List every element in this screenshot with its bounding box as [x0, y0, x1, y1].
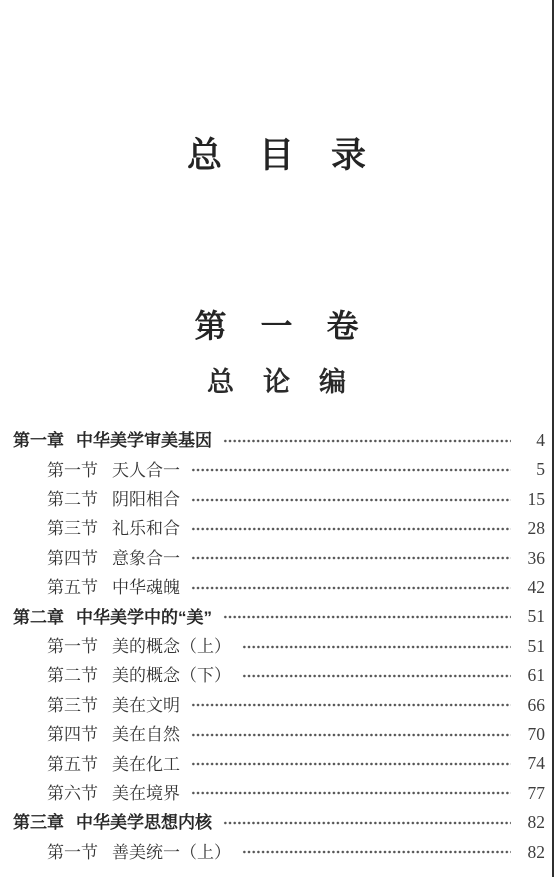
toc-entry-label: 第五节	[47, 756, 98, 773]
toc-entry-label: 第三节	[47, 697, 98, 714]
toc-entry-section[interactable]: 第二节美的概念（下）61	[0, 661, 554, 690]
dot-leader	[191, 544, 511, 573]
toc-entry-section[interactable]: 第五节中华魂魄42	[0, 573, 554, 602]
toc-entry-page: 66	[519, 697, 545, 715]
toc-entry-label: 第六节	[47, 785, 98, 802]
toc-entry-page: 4	[519, 432, 545, 450]
toc-entry-title: 中华美学审美基因	[76, 432, 212, 449]
dot-leader	[223, 602, 511, 631]
page-title: 总 目 录	[0, 136, 554, 176]
dot-leader	[191, 779, 511, 808]
toc-entry-page: 36	[519, 550, 545, 568]
toc-entry-title: 善美统一（上）	[112, 844, 231, 861]
dot-leader	[191, 455, 511, 484]
toc-entry-page: 51	[519, 608, 545, 626]
dot-leader	[191, 514, 511, 543]
dot-leader	[191, 749, 511, 778]
toc-entry-chapter[interactable]: 第一章中华美学审美基因4	[0, 426, 554, 455]
toc-entry-label: 第五节	[47, 579, 98, 596]
toc-entry-label: 第一章	[13, 432, 64, 449]
toc-entry-page: 77	[519, 785, 545, 803]
toc-entry-section[interactable]: 第三节美在文明66	[0, 691, 554, 720]
dot-leader	[191, 720, 511, 749]
toc-entry-section[interactable]: 第一节天人合一5	[0, 455, 554, 484]
toc-entry-title: 中华魂魄	[112, 579, 180, 596]
toc-entry-section[interactable]: 第三节礼乐和合28	[0, 514, 554, 543]
toc-entry-chapter[interactable]: 第三章中华美学思想内核82	[0, 808, 554, 837]
dot-leader	[223, 426, 511, 455]
dot-leader	[223, 808, 511, 837]
toc-entry-title: 中华美学中的“美”	[76, 609, 212, 626]
toc-entry-section[interactable]: 第四节美在自然70	[0, 720, 554, 749]
dot-leader	[191, 573, 511, 602]
toc-entry-page: 28	[519, 520, 545, 538]
toc-entry-page: 15	[519, 491, 545, 509]
toc-list: 第一章中华美学审美基因4第一节天人合一5第二节阴阳相合15第三节礼乐和合28第四…	[0, 426, 554, 867]
toc-entry-page: 61	[519, 667, 545, 685]
toc-entry-label: 第四节	[47, 550, 98, 567]
toc-entry-title: 意象合一	[112, 550, 180, 567]
toc-entry-section[interactable]: 第一节善美统一（上）82	[0, 838, 554, 867]
toc-entry-page: 5	[519, 461, 545, 479]
toc-entry-section[interactable]: 第五节美在化工74	[0, 749, 554, 778]
toc-entry-label: 第三章	[13, 814, 64, 831]
toc-page: 总 目 录 第 一 卷 总 论 编 第一章中华美学审美基因4第一节天人合一5第二…	[0, 0, 554, 877]
toc-entry-title: 天人合一	[112, 462, 180, 479]
toc-entry-title: 美的概念（下）	[112, 667, 231, 684]
toc-entry-label: 第四节	[47, 726, 98, 743]
toc-entry-label: 第一节	[47, 462, 98, 479]
toc-entry-title: 礼乐和合	[112, 520, 180, 537]
toc-entry-label: 第二节	[47, 491, 98, 508]
toc-entry-label: 第二节	[47, 667, 98, 684]
toc-entry-title: 中华美学思想内核	[76, 814, 212, 831]
toc-entry-title: 美的概念（上）	[112, 638, 231, 655]
toc-entry-title: 美在文明	[112, 697, 180, 714]
dot-leader	[242, 661, 511, 690]
toc-entry-title: 美在自然	[112, 726, 180, 743]
toc-entry-page: 70	[519, 726, 545, 744]
toc-entry-title: 美在境界	[112, 785, 180, 802]
dot-leader	[191, 691, 511, 720]
dot-leader	[242, 632, 511, 661]
volume-heading: 第 一 卷	[0, 308, 554, 345]
toc-entry-label: 第二章	[13, 609, 64, 626]
dot-leader	[242, 838, 511, 867]
toc-entry-label: 第三节	[47, 520, 98, 537]
toc-entry-page: 42	[519, 579, 545, 597]
dot-leader	[191, 485, 511, 514]
toc-entry-title: 阴阳相合	[112, 491, 180, 508]
part-heading: 总 论 编	[0, 367, 554, 398]
toc-entry-section[interactable]: 第四节意象合一36	[0, 544, 554, 573]
toc-entry-section[interactable]: 第一节美的概念（上）51	[0, 632, 554, 661]
toc-entry-section[interactable]: 第二节阴阳相合15	[0, 485, 554, 514]
toc-entry-page: 74	[519, 755, 545, 773]
toc-entry-chapter[interactable]: 第二章中华美学中的“美”51	[0, 602, 554, 631]
toc-entry-label: 第一节	[47, 638, 98, 655]
toc-entry-label: 第一节	[47, 844, 98, 861]
toc-entry-page: 82	[519, 844, 545, 862]
toc-entry-section[interactable]: 第六节美在境界77	[0, 779, 554, 808]
toc-entry-page: 82	[519, 814, 545, 832]
toc-entry-page: 51	[519, 638, 545, 656]
toc-entry-title: 美在化工	[112, 756, 180, 773]
